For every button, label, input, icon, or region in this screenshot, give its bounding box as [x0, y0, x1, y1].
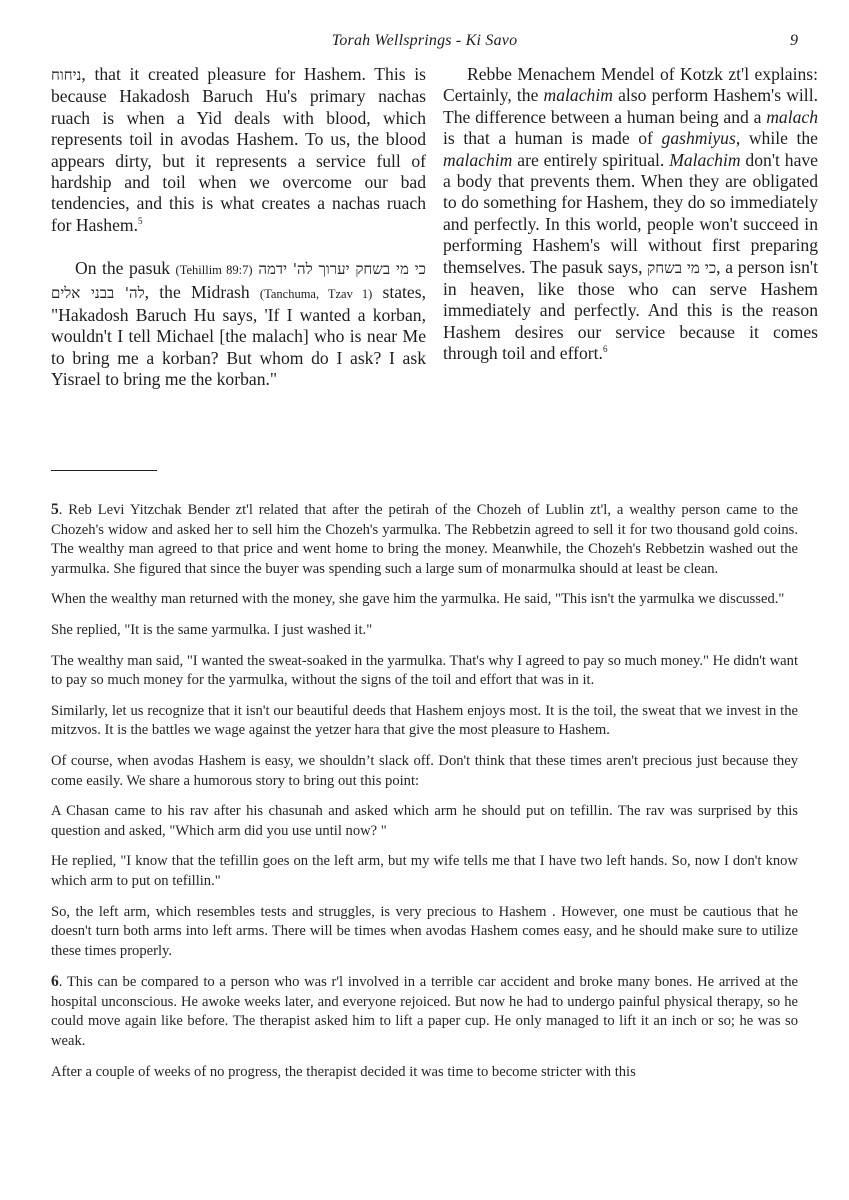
footnote-paragraph: A Chasan came to his rav after his chasu…: [51, 802, 798, 841]
page-number: 9: [790, 32, 798, 50]
footnote-paragraph: He replied, "I know that the tefillin go…: [51, 852, 798, 891]
footnote-paragraph: When the wealthy man returned with the m…: [51, 590, 798, 610]
right-column: Rebbe Menachem Mendel of Kotzk zt'l expl…: [443, 64, 818, 365]
paragraph: Rebbe Menachem Mendel of Kotzk zt'l expl…: [443, 64, 818, 365]
footnote-paragraph: Similarly, let us recognize that it isn'…: [51, 702, 798, 741]
paragraph: On the pasuk (Tehillim 89:7) כי מי בשחק …: [51, 258, 426, 390]
footnote-paragraph: She replied, "It is the same yarmulka. I…: [51, 621, 798, 641]
footnote-paragraph: The wealthy man said, "I wanted the swea…: [51, 652, 798, 691]
footnote-paragraph: So, the left arm, which resembles tests …: [51, 903, 798, 962]
footnote-separator: [51, 470, 157, 471]
paragraph: ניחוח, that it created pleasure for Hash…: [51, 64, 426, 236]
footnote-number: 6: [51, 973, 59, 990]
footnotes: 5. Reb Levi Yitzchak Bender zt'l related…: [51, 500, 798, 1093]
source-citation: (Tanchuma, Tzav 1): [260, 287, 372, 301]
footnote-6: 6. This can be compared to a person who …: [51, 972, 798, 1051]
running-header: Torah Wellsprings - Ki Savo 9: [0, 32, 849, 56]
footnote-5: 5. Reb Levi Yitzchak Bender zt'l related…: [51, 500, 798, 579]
hebrew-quote: כי מי בשחק: [647, 259, 716, 277]
footnote-paragraph: Of course, when avodas Hashem is easy, w…: [51, 752, 798, 791]
footnote-paragraph: After a couple of weeks of no progress, …: [51, 1063, 798, 1083]
book-title: Torah Wellsprings - Ki Savo: [0, 32, 849, 50]
footnote-ref[interactable]: 6: [603, 344, 608, 354]
footnote-ref[interactable]: 5: [138, 216, 143, 226]
hebrew-word: ניחוח: [51, 66, 81, 84]
left-column: ניחוח, that it created pleasure for Hash…: [51, 64, 426, 391]
source-citation: (Tehillim 89:7): [176, 263, 253, 277]
footnote-number: 5: [51, 501, 59, 518]
